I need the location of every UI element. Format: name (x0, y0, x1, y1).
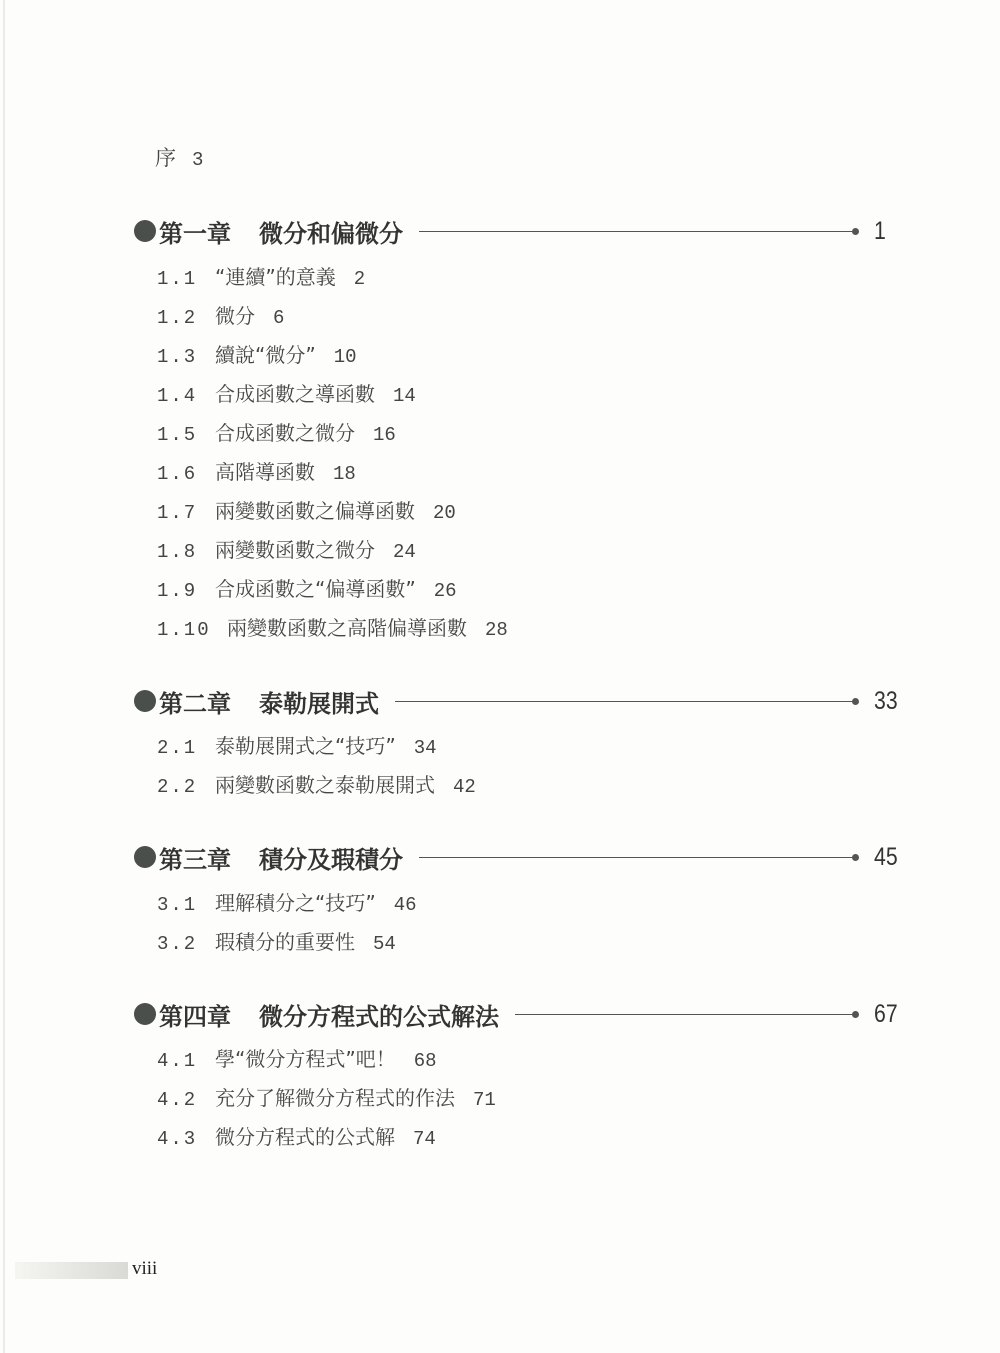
section-title: 兩變數函數之泰勒展開式 (215, 769, 435, 798)
section-number: 3.2 (157, 933, 215, 955)
toc-chapter-3[interactable]: 第三章 積分及瑕積分 45 (134, 840, 904, 874)
toc-section[interactable]: 1.2微分6 (157, 300, 284, 329)
section-title: 續說“微分” (215, 339, 316, 368)
chapter-number: 第三章 (159, 840, 231, 875)
section-number: 1.3 (157, 346, 215, 368)
preface-page: 3 (192, 149, 203, 171)
section-title: 兩變數函數之高階偏導函數 (227, 612, 467, 641)
section-title: 合成函數之微分 (215, 417, 355, 446)
toc-preface[interactable]: 序3 (155, 142, 203, 172)
chapter-page: 33 (874, 687, 900, 716)
section-page: 26 (434, 580, 457, 602)
toc-section[interactable]: 2.2兩變數函數之泰勒展開式42 (157, 769, 476, 798)
toc-section[interactable]: 1.3續說“微分”10 (157, 339, 357, 368)
section-number: 1.9 (157, 580, 215, 602)
toc-section[interactable]: 1.5合成函數之微分16 (157, 417, 396, 446)
leader-line (395, 701, 856, 702)
section-page: 2 (354, 268, 365, 290)
section-title: 兩變數函數之偏導函數 (215, 495, 415, 524)
chapter-page: 45 (874, 843, 900, 872)
toc-chapter-1[interactable]: 第一章 微分和偏微分 1 (134, 214, 904, 248)
section-title: 微分方程式的公式解 (215, 1121, 395, 1150)
toc-section[interactable]: 3.2瑕積分的重要性54 (157, 926, 396, 955)
section-page: 14 (393, 385, 416, 407)
toc-section[interactable]: 1.6高階導函數18 (157, 456, 356, 485)
section-number: 1.1 (157, 268, 215, 290)
section-page: 54 (373, 933, 396, 955)
section-title: 瑕積分的重要性 (215, 926, 355, 955)
section-title: 微分 (215, 300, 255, 329)
toc-section[interactable]: 3.1理解積分之“技巧”46 (157, 887, 417, 916)
chapter-bullet-icon (134, 220, 156, 242)
section-page: 71 (473, 1089, 496, 1111)
toc-section[interactable]: 1.4合成函數之導函數14 (157, 378, 416, 407)
chapter-number: 第四章 (159, 997, 231, 1032)
preface-label: 序 (155, 146, 176, 170)
toc-chapter-2[interactable]: 第二章 泰勒展開式 33 (134, 684, 904, 718)
leader-line (515, 1014, 856, 1015)
section-number: 1.6 (157, 463, 215, 485)
section-number: 1.10 (157, 619, 227, 641)
section-title: 合成函數之“偏導函數” (215, 573, 416, 602)
chapter-bullet-icon (134, 690, 156, 712)
section-title: 泰勒展開式之“技巧” (215, 730, 396, 759)
leader-line (419, 231, 856, 232)
section-title: “連續”的意義 (215, 261, 336, 290)
section-number: 3.1 (157, 894, 215, 916)
section-page: 6 (273, 307, 284, 329)
section-page: 16 (373, 424, 396, 446)
chapter-title: 泰勒展開式 (259, 684, 379, 719)
toc-section[interactable]: 1.8兩變數函數之微分24 (157, 534, 416, 563)
section-number: 1.8 (157, 541, 215, 563)
section-page: 28 (485, 619, 508, 641)
toc-section[interactable]: 4.2充分了解微分方程式的作法71 (157, 1082, 496, 1111)
section-number: 1.4 (157, 385, 215, 407)
toc-section[interactable]: 4.3微分方程式的公式解74 (157, 1121, 436, 1150)
toc-section[interactable]: 4.1學“微分方程式”吧！68 (157, 1043, 437, 1072)
toc-section[interactable]: 1.1“連續”的意義2 (157, 261, 365, 290)
chapter-title: 微分方程式的公式解法 (259, 997, 499, 1032)
section-page: 68 (414, 1050, 437, 1072)
section-page: 18 (333, 463, 356, 485)
footer-decoration-bar (15, 1262, 128, 1279)
chapter-title: 微分和偏微分 (259, 214, 403, 249)
section-page: 10 (334, 346, 357, 368)
section-page: 24 (393, 541, 416, 563)
section-number: 4.2 (157, 1089, 215, 1111)
toc-section[interactable]: 1.10兩變數函數之高階偏導函數28 (157, 612, 508, 641)
chapter-number: 第二章 (159, 684, 231, 719)
section-title: 理解積分之“技巧” (215, 887, 376, 916)
section-number: 2.2 (157, 776, 215, 798)
section-number: 1.2 (157, 307, 215, 329)
section-title: 兩變數函數之微分 (215, 534, 375, 563)
page-folio: viii (132, 1258, 157, 1280)
chapter-number: 第一章 (159, 214, 231, 249)
chapter-title: 積分及瑕積分 (259, 840, 403, 875)
section-title: 合成函數之導函數 (215, 378, 375, 407)
section-page: 20 (433, 502, 456, 524)
chapter-bullet-icon (134, 846, 156, 868)
leader-line (419, 857, 856, 858)
section-title: 充分了解微分方程式的作法 (215, 1082, 455, 1111)
section-page: 34 (414, 737, 437, 759)
section-number: 4.3 (157, 1128, 215, 1150)
toc-section[interactable]: 2.1泰勒展開式之“技巧”34 (157, 730, 437, 759)
page-edge (3, 0, 5, 1353)
section-title: 高階導函數 (215, 456, 315, 485)
section-page: 74 (413, 1128, 436, 1150)
section-number: 1.5 (157, 424, 215, 446)
chapter-bullet-icon (134, 1003, 156, 1025)
section-page: 42 (453, 776, 476, 798)
toc-chapter-4[interactable]: 第四章 微分方程式的公式解法 67 (134, 997, 904, 1031)
section-title: 學“微分方程式”吧！ (215, 1043, 396, 1072)
chapter-page: 1 (874, 217, 900, 246)
section-page: 46 (394, 894, 417, 916)
chapter-page: 67 (874, 1000, 900, 1029)
section-number: 2.1 (157, 737, 215, 759)
toc-section[interactable]: 1.7兩變數函數之偏導函數20 (157, 495, 456, 524)
section-number: 4.1 (157, 1050, 215, 1072)
section-number: 1.7 (157, 502, 215, 524)
toc-section[interactable]: 1.9合成函數之“偏導函數”26 (157, 573, 457, 602)
